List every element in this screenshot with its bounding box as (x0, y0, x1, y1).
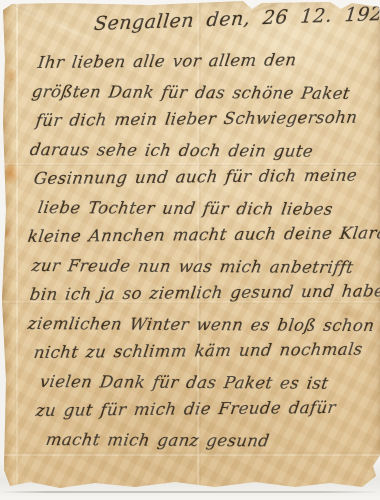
scanner-edge-line (0, 491, 380, 493)
letter-line: bin ich ja so ziemlich gesund und habe (28, 276, 370, 309)
letter-line: Ihr lieben alle vor allem den (36, 45, 370, 77)
left-fold-highlight (16, 0, 18, 500)
letter-line: macht mich ganz gesund (44, 425, 370, 456)
letter-dateline: Sengallen den, 26 12. 1929 (93, 3, 380, 35)
letter-line: zu gut für mich die Freude dafür (34, 393, 370, 425)
letter-line: kleine Annchen macht auch deine Klara (26, 218, 370, 251)
left-fold-edge (0, 0, 17, 500)
letter-line: Gesinnung und auch für dich meine (32, 161, 370, 193)
letter-line: nicht zu schlimm käm und nochmals (32, 335, 370, 367)
scanned-letter-page: Sengallen den, 26 12. 1929 Ihr lieben al… (0, 0, 380, 500)
letter-body: Ihr lieben alle vor allem den größten Da… (38, 48, 368, 454)
letter-line: für dich mein lieber Schwiegersohn (34, 103, 370, 135)
letter-paper: Sengallen den, 26 12. 1929 Ihr lieben al… (0, 0, 380, 500)
